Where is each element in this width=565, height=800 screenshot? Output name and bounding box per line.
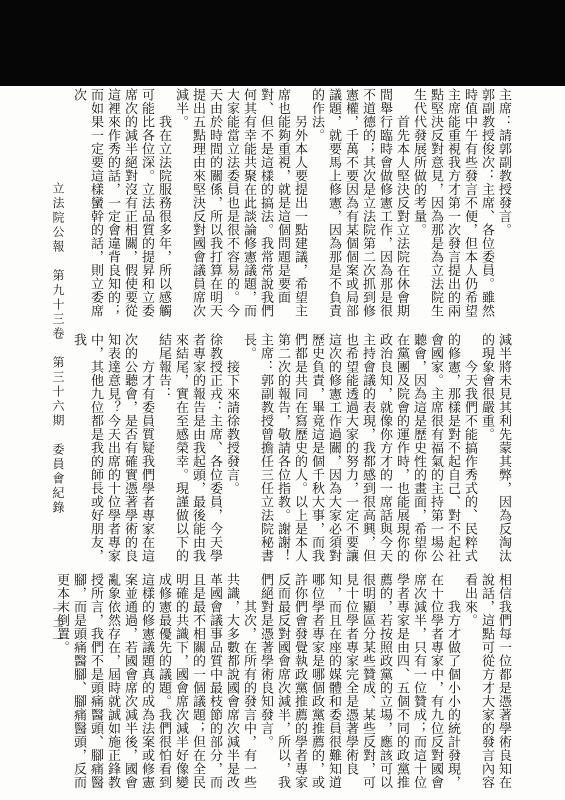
paragraph-speech: 首先本人堅決反對立法院在休會期間舉行臨時會做修憲工作，因為那是很不道德的；其次是…: [308, 88, 410, 329]
paragraph-chair-remark: 主席：郭副教授曾擔任三任立法院秘書長。: [240, 333, 274, 566]
paragraph-speech: 方才有委員質疑我們學者專家在這次的公聽會，是否有確實憑著學術的良知表達意見？今天…: [70, 333, 155, 566]
text-band-top: 主席：請郭副教授發言。 郭副教授俊次：主席、各位委員。雖然時值中午有些發言不便，…: [86, 88, 512, 329]
gazette-running-head: 立法院公報 第九十三卷 第三十六期 委員會紀錄: [50, 182, 67, 516]
text-band-bottom: 相信我們每一位都是憑著學術良知在說話，這點可從方才大家的發言內容看出來。 我方才…: [36, 573, 512, 800]
scan-black-bar: [0, 0, 565, 86]
paragraph-chair-call: 主席：請郭副教授發言。: [495, 88, 512, 329]
paragraph-chair-remark: 接下來請徐教授發言。: [223, 333, 240, 566]
paragraph-speech: 我方才做了個小小的統計發現，在十位學者專家中，有九位反對國會席次減半，只有一位贊…: [257, 573, 461, 800]
gazette-page-scan: 主席：請郭副教授發言。 郭副教授俊次：主席、各位委員。雖然時值中午有些發言不便，…: [0, 0, 565, 800]
paragraph-speech: 其次，在所有的發言中，有一些共識，大多數都說國會席次減半是改革國會議事品質中最枝…: [53, 573, 257, 800]
paragraph-speech: 徐教授正戎：主席、各位委員，今天學者專家的報告是由我起頭，最後能由我來結尾，實在…: [155, 333, 223, 566]
paragraph-speech-continued: 減半將未見其利先蒙其弊，因為反淘汰的現象會很嚴重。: [478, 333, 512, 566]
paragraph-speech-continued: 相信我們每一位都是憑著學術良知在說話，這點可從方才大家的發言內容看出來。: [461, 573, 512, 800]
paragraph-speech: 郭副教授俊次：主席、各位委員。雖然時值中午有些發言不便，但本人仍希望主席能重視我…: [410, 88, 495, 329]
paragraph-speech: 另外本人要提出一點建議，希望主席也能夠重視，就是這個問題是要面對、但不是這樣的搞…: [172, 88, 308, 329]
paragraph-speech: 今天我們不能搞作秀式的、民粹式的修憲，那樣是對不起自己、對不起社會國家。主席很有…: [274, 333, 478, 566]
paragraph-speech: 我在立法院服務很多年，所以感觸可能比各位深。立法品質的提昇和立委席次的減半絕對沒…: [70, 88, 172, 329]
page-number: 一二一: [49, 603, 65, 648]
text-band-middle: 減半將未見其利先蒙其弊，因為反淘汰的現象會很嚴重。 今天我們不能搞作秀式的、民粹…: [62, 333, 512, 566]
